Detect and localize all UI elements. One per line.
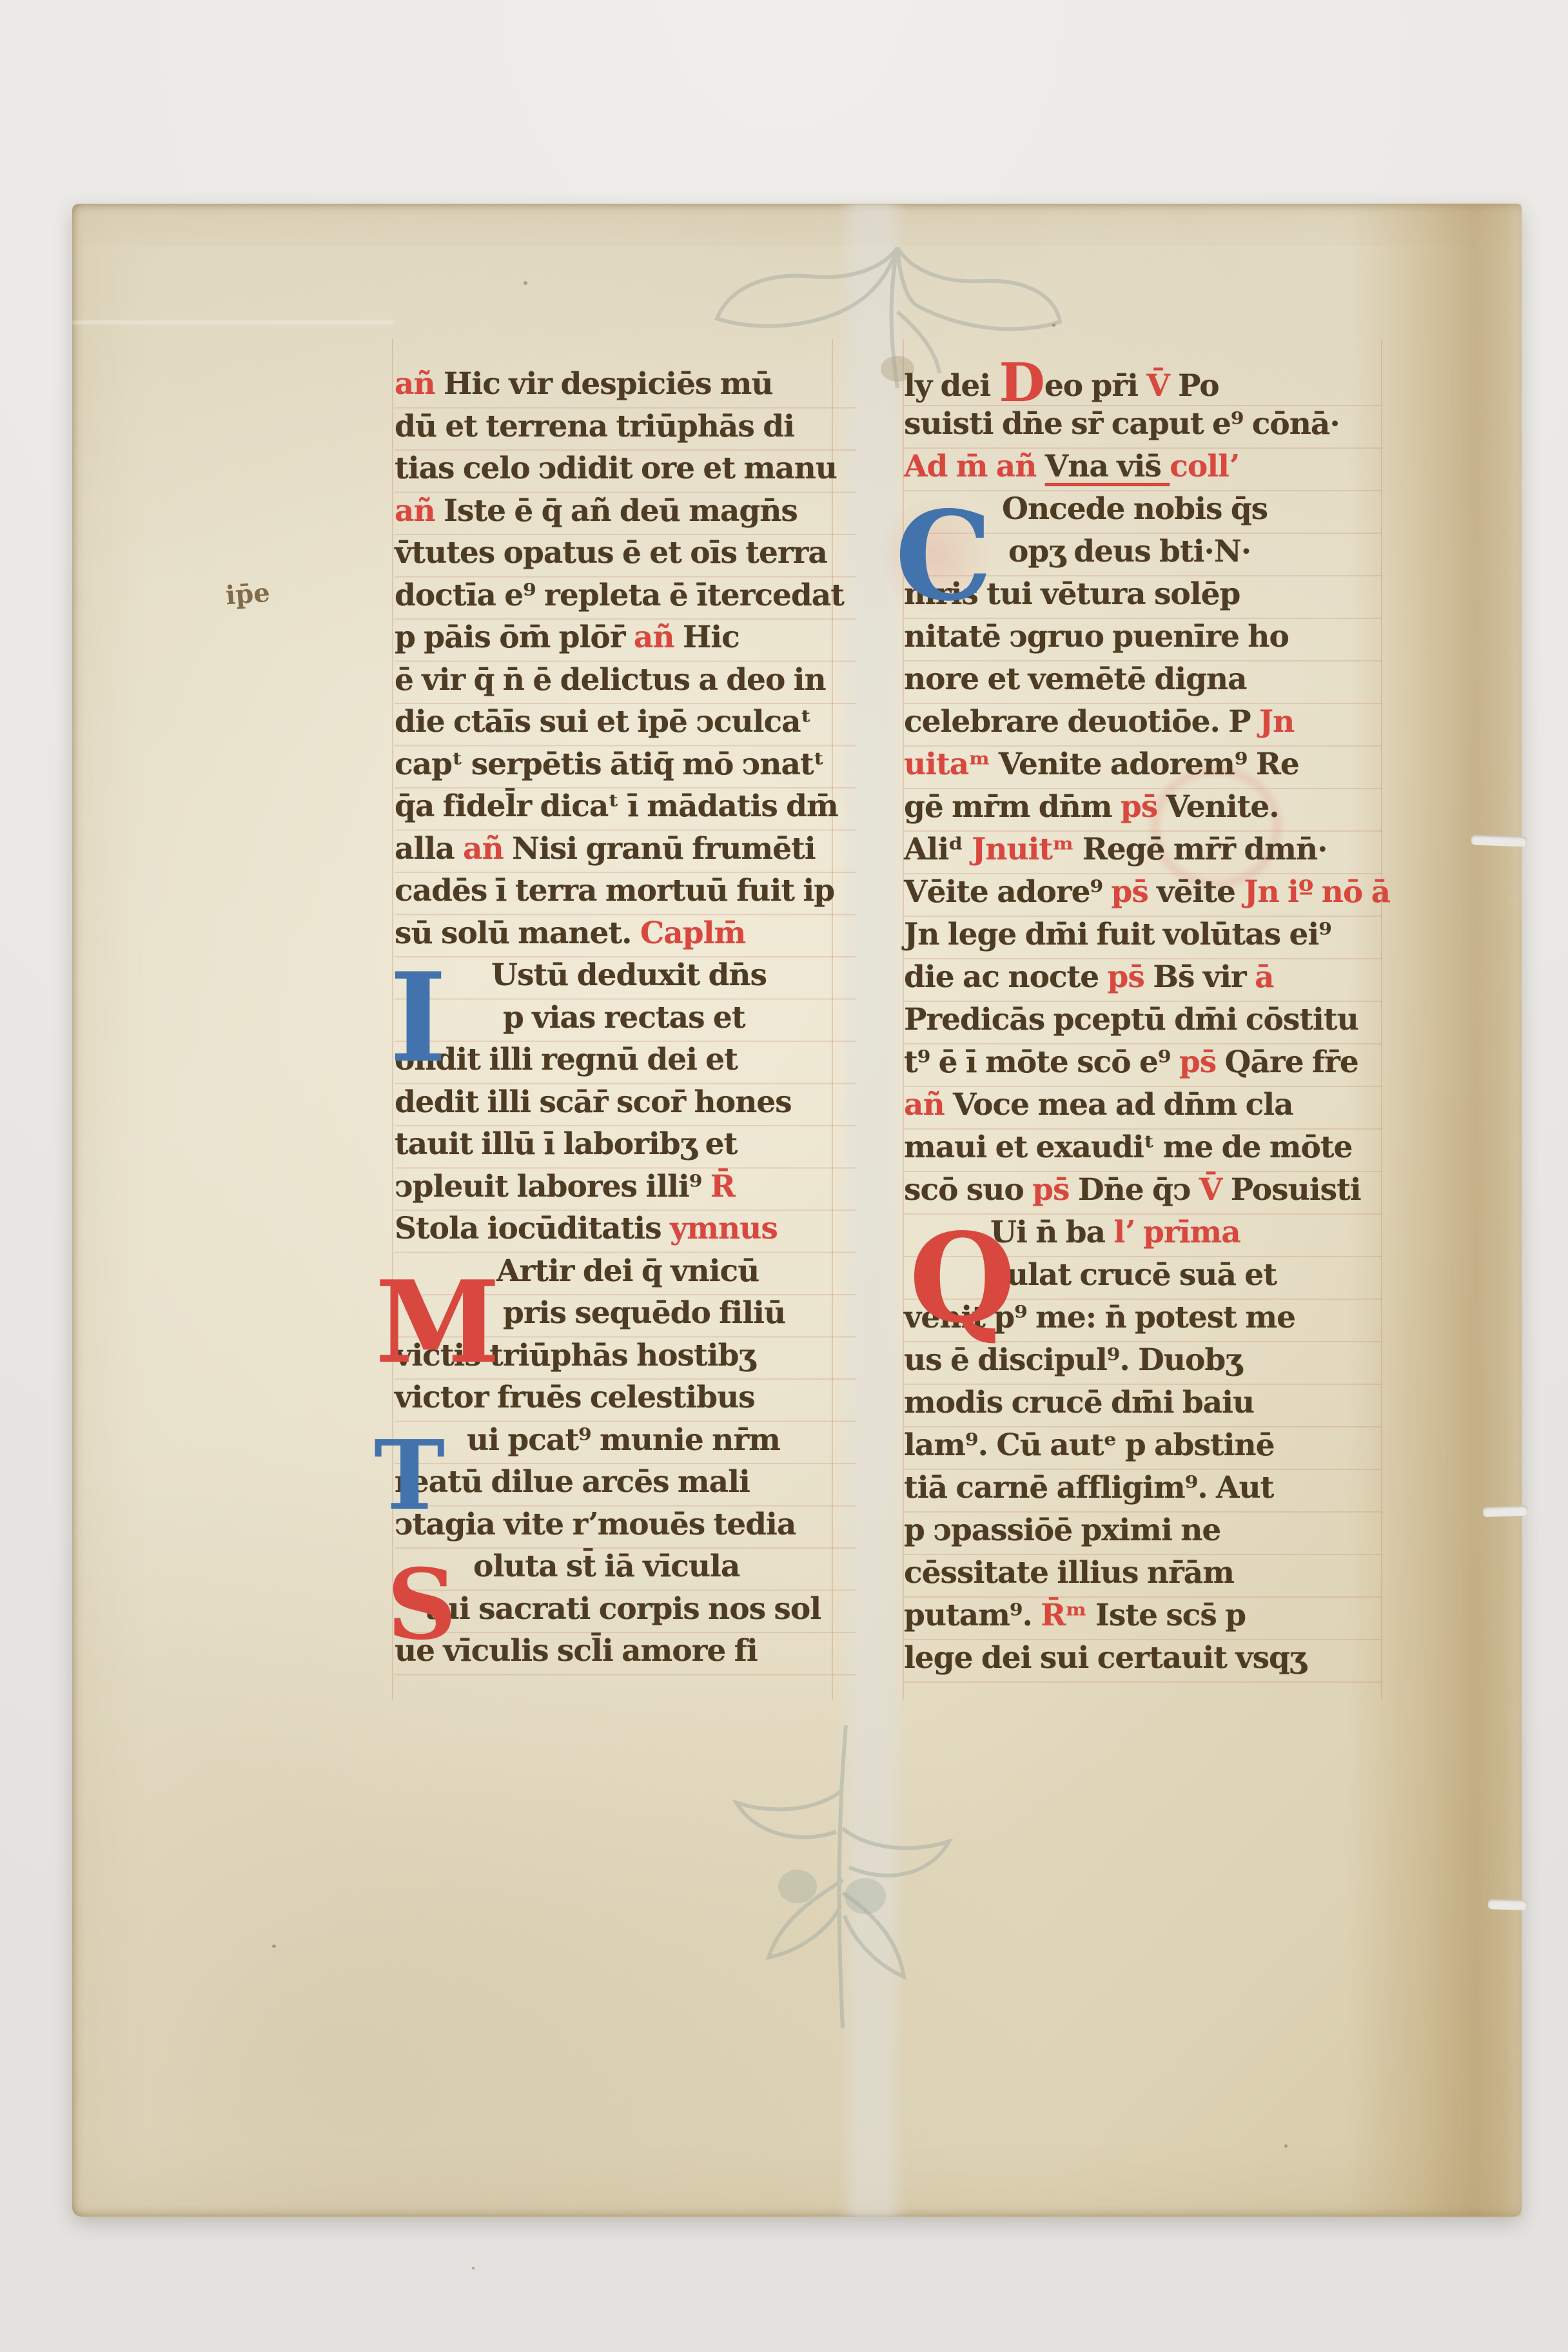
body-text: pris sequēdo filiū — [503, 1295, 785, 1331]
body-text: Ustū deduxit dn̄s — [491, 957, 767, 993]
body-text: vēite — [1157, 874, 1244, 910]
rubric-text: añ — [904, 1087, 953, 1122]
speck — [1052, 324, 1055, 327]
illuminated-initial-M: M — [375, 1266, 500, 1379]
manuscript-leaf: ip̄e añ Hic vir despiciēs mūdū et terren… — [72, 204, 1522, 2217]
text-line: die ctāīs sui et ipē ↄculcaᵗ — [395, 704, 811, 740]
rubric-text: D — [999, 352, 1044, 414]
text-line: Ui n̄ ba lʼ prīma — [990, 1215, 1240, 1250]
body-text: suisti dn̄e sr̄ caput e⁹ cōnā· — [904, 406, 1340, 442]
body-text: modis crucē dm̄i baiu — [904, 1385, 1254, 1420]
body-text: q̄a fidel̄r dicaᵗ ī mādatis dm̄ — [395, 789, 838, 824]
text-line: Predicās pceptū dm̄i cōstitu — [904, 1002, 1358, 1037]
text-line: t⁹ ē ī mōte scō e⁹ ps̄ Qāre fr̄e — [904, 1044, 1358, 1080]
rubric-text: R̄ — [710, 1169, 735, 1204]
text-line: ē vir q̄ n̄ ē delictus a deo in — [395, 662, 826, 698]
speck — [472, 2267, 475, 2269]
text-line: ↄtagia vite rʼmouēs tedia — [395, 1507, 796, 1542]
rubric-text: añ — [395, 493, 444, 529]
body-text: cēssitate illius nr̄ām — [904, 1555, 1234, 1591]
text-column-left: añ Hic vir despiciēs mūdū et terrena tri… — [395, 366, 856, 1682]
rubric-text: R̄ᵐ — [1041, 1598, 1095, 1633]
text-line: v̄tutes opatus ē et oīs terra — [395, 535, 827, 571]
rubric-text: Jn iº nō ā — [1244, 874, 1390, 910]
body-text: gē mr̄m dn̄m — [904, 789, 1121, 825]
body-text: alla — [395, 831, 463, 867]
body-text: Hic — [683, 620, 740, 655]
body-text: ↄpleuit labores illi⁹ — [395, 1169, 710, 1204]
body-text: dū et terrena triūphās di — [395, 409, 794, 444]
body-text: die ctāīs sui et ipē ↄculcaᵗ — [395, 704, 811, 740]
body-text: ē vir q̄ n̄ ē delictus a deo in — [395, 662, 826, 698]
body-text: p ↄpassiōē pximi ne — [904, 1513, 1220, 1548]
text-line: añ Iste ē q̄ añ deū magn̄s — [395, 493, 798, 529]
body-text: p vias rectas et — [503, 1000, 745, 1035]
foliate-ghost-bottom — [672, 1725, 1007, 2035]
text-line: p pāis ōm̄ plōr̄ añ Hic — [395, 620, 740, 655]
text-line: doctīa e⁹ repleta ē ītercedat — [395, 578, 844, 613]
rubric-text: Caplm̄ — [640, 916, 745, 951]
rubric-text: V̄ — [1199, 1172, 1231, 1208]
text-line: modis crucē dm̄i baiu — [904, 1385, 1254, 1420]
body-text: Venite. — [1166, 789, 1279, 825]
rubric-text: ps̄ — [1179, 1044, 1225, 1080]
rubric-text: V̄ — [1146, 368, 1169, 404]
illuminated-initial-T: T — [374, 1427, 445, 1523]
text-line: Stola iocūditatis ymnus — [395, 1211, 778, 1246]
text-line: tiā carnē affligim⁹. Aut — [904, 1470, 1273, 1505]
body-text: doctīa e⁹ repleta ē ītercedat — [395, 578, 844, 613]
body-text: ly dei — [904, 368, 999, 404]
edge-tear — [1483, 1505, 1529, 1517]
body-text: Posuisti — [1231, 1172, 1361, 1208]
body-text: tiā carnē affligim⁹. Aut — [904, 1470, 1273, 1505]
rubric-text: Jnuitᵐ — [972, 832, 1083, 867]
text-line: tui sacrati corpis nos sol — [424, 1591, 821, 1627]
text-line: Ustū deduxit dn̄s — [491, 957, 767, 993]
text-line: scō suo ps̄ Dn̄e q̄ↄ V̄ Posuisti — [904, 1172, 1361, 1208]
body-text: t⁹ ē ī mōte scō e⁹ — [904, 1044, 1179, 1080]
text-line: añ Voce mea ad dn̄m cla — [904, 1087, 1293, 1122]
text-line: dū et terrena triūphās di — [395, 409, 794, 444]
body-text: Predicās pceptū dm̄i cōstitu — [904, 1002, 1358, 1037]
text-line: añ Hic vir despiciēs mū — [395, 366, 773, 402]
speck — [1284, 2144, 1288, 2148]
rubric-text: añ — [463, 831, 512, 867]
edge-tear — [1488, 1899, 1527, 1910]
illuminated-initial-C: C — [895, 495, 992, 618]
text-line: Vēite adore⁹ ps̄ vēite Jn iº nō ā — [904, 874, 1390, 910]
photo-background: ip̄e añ Hic vir despiciēs mūdū et terren… — [0, 0, 1568, 2352]
body-text: tauit illū ī laboribʒ et — [395, 1126, 737, 1162]
text-line: lege dei sui certauit vsqʒ — [904, 1640, 1306, 1676]
body-text: putam⁹. — [904, 1598, 1041, 1633]
body-text: p pāis ōm̄ plōr̄ — [395, 620, 634, 655]
text-line: lam⁹. Cū autᵉ p abstinē — [904, 1427, 1275, 1463]
rubric-text: ymnus — [670, 1211, 778, 1246]
rubric-text: ps̄ — [1111, 874, 1157, 910]
text-line: dedit illi scār̄ scor̄ hones — [395, 1084, 792, 1120]
body-text: Dn̄e q̄ↄ — [1078, 1172, 1199, 1208]
body-text: Aliᵈ — [904, 832, 972, 867]
edge-tear — [1471, 835, 1527, 847]
illuminated-initial-I: I — [389, 957, 447, 1079]
text-line: gē mr̄m dn̄m ps̄ Venite. — [904, 789, 1279, 825]
rubric-text: ps̄ — [1032, 1172, 1078, 1208]
body-text: capᵗ serpētis ātiq̄ mō ↄnatᵗ — [395, 747, 824, 782]
rubric-text: lʼ prīma — [1113, 1215, 1240, 1250]
text-line: iulat crucē suā et — [995, 1257, 1277, 1293]
text-line: maui et exaudiᵗ me de mōte — [904, 1130, 1352, 1165]
body-text: lam⁹. Cū autᵉ p abstinē — [904, 1427, 1275, 1463]
body-text: Qāre fr̄e — [1225, 1044, 1358, 1080]
text-line: tauit illū ī laboribʒ et — [395, 1126, 737, 1162]
rubric-text: ā — [1255, 959, 1273, 995]
body-text: iulat crucē suā et — [995, 1257, 1277, 1293]
text-line: die ac nocte ps̄ Bs̄ vir ā — [904, 959, 1274, 995]
body-text: oluta st̄ iā vīcula — [473, 1549, 740, 1584]
body-text: ui pcat⁹ munie nr̄m — [467, 1422, 780, 1458]
text-line: ly dei Deo pr̄i V̄ Po — [904, 364, 1219, 404]
body-text: maui et exaudiᵗ me de mōte — [904, 1130, 1352, 1165]
body-text: Iste scs̄ p — [1095, 1598, 1246, 1633]
body-text: Voce mea ad dn̄m cla — [953, 1087, 1293, 1122]
text-line: p vias rectas et — [503, 1000, 745, 1035]
body-text: tui sacrati corpis nos sol — [424, 1591, 821, 1627]
body-text: tias celo ↄdidit ore et manu — [395, 451, 837, 486]
body-text: Vna vis̄ — [1045, 449, 1170, 484]
rubric-text: Jn — [1259, 704, 1294, 740]
text-line: uitaᵐ Venite adorem⁹ Re — [904, 747, 1299, 782]
body-text: ↄtagia vite rʼmouēs tedia — [395, 1507, 796, 1542]
text-line: tias celo ↄdidit ore et manu — [395, 451, 837, 486]
body-text: Bs̄ vir — [1153, 959, 1255, 995]
body-text: Iste ē q̄ añ deū magn̄s — [444, 493, 798, 529]
rubric-text: añ — [634, 620, 683, 655]
rubric-text: ps̄ — [1108, 959, 1153, 995]
rubric-text: Ad m̄ añ — [904, 449, 1045, 484]
text-line: ↄpleuit labores illi⁹ R̄ — [395, 1169, 735, 1204]
body-text: Hic vir despiciēs mū — [444, 366, 773, 402]
body-text: scō suo — [904, 1172, 1032, 1208]
text-line: reatū dilue arcēs mali — [395, 1464, 750, 1500]
text-line: Jn lege dm̄i fuit volūtas ei⁹ — [904, 917, 1331, 952]
body-text: dedit illi scār̄ scor̄ hones — [395, 1084, 792, 1120]
rubric-text: collʼ — [1170, 449, 1239, 484]
fold-crease — [72, 321, 395, 324]
body-text: Venite adorem⁹ Re — [999, 747, 1299, 782]
body-text: opʒ deus bti·N· — [1008, 534, 1251, 569]
body-text: reatū dilue arcēs mali — [395, 1464, 750, 1500]
margin-gloss: ip̄e — [224, 578, 271, 611]
body-text: Po — [1170, 368, 1219, 404]
text-line: oluta st̄ iā vīcula — [473, 1549, 740, 1584]
text-line: cēssitate illius nr̄ām — [904, 1555, 1234, 1591]
text-line: Artir dei q̄ vnicū — [496, 1253, 759, 1289]
text-line: q̄a fidel̄r dicaᵗ ī mādatis dm̄ — [395, 789, 838, 824]
body-text: Vēite adore⁹ — [904, 874, 1111, 910]
body-text: die ac nocte — [904, 959, 1108, 995]
text-line: opʒ deus bti·N· — [1008, 534, 1251, 569]
illuminated-initial-Q: Q — [909, 1217, 1016, 1340]
rubric-text: ps̄ — [1121, 789, 1166, 825]
text-line: capᵗ serpētis ātiq̄ mō ↄnatᵗ — [395, 747, 824, 782]
text-line: sū solū manet. Caplm̄ — [395, 916, 745, 951]
text-line: nore et vemētē digna — [904, 661, 1247, 697]
body-text: Artir dei q̄ vnicū — [496, 1253, 759, 1289]
text-line: pris sequēdo filiū — [503, 1295, 785, 1331]
text-line: alla añ Nisi granū frumēti — [395, 831, 816, 867]
body-text: Stola iocūditatis — [395, 1211, 670, 1246]
text-line: suisti dn̄e sr̄ caput e⁹ cōnā· — [904, 406, 1340, 442]
body-text: lege dei sui certauit vsqʒ — [904, 1640, 1306, 1676]
body-text: v̄tutes opatus ē et oīs terra — [395, 535, 827, 571]
text-line: Oncede nobis q̄s — [1002, 491, 1268, 527]
text-line: ui pcat⁹ munie nr̄m — [467, 1422, 780, 1458]
text-line: Aliᵈ Jnuitᵐ Regē mr̄r̄ dmn̄· — [904, 832, 1328, 867]
speck — [524, 281, 527, 285]
body-text: Oncede nobis q̄s — [1002, 491, 1268, 527]
body-text: celebrare deuotiōe. P — [904, 704, 1259, 740]
speck — [272, 1945, 276, 1948]
body-text: Regē mr̄r̄ dmn̄· — [1083, 832, 1328, 867]
rubric-text: añ — [395, 366, 444, 402]
body-text: Nisi granū frumēti — [512, 831, 816, 867]
illuminated-initial-S: S — [387, 1556, 456, 1653]
text-line: celebrare deuotiōe. P Jn — [904, 704, 1294, 740]
rubric-text: uitaᵐ — [904, 747, 999, 782]
text-line: cadēs ī terra mortuū fuit ip — [395, 873, 834, 908]
body-text: Jn lege dm̄i fuit volūtas ei⁹ — [904, 917, 1331, 952]
text-line: putam⁹. R̄ᵐ Iste scs̄ p — [904, 1598, 1246, 1633]
body-text: nore et vemētē digna — [904, 661, 1247, 697]
body-text: cadēs ī terra mortuū fuit ip — [395, 873, 834, 908]
body-text: eo pr̄i — [1044, 368, 1146, 404]
text-line: Ad m̄ añ Vna vis̄ collʼ — [904, 449, 1239, 484]
text-line: p ↄpassiōē pximi ne — [904, 1513, 1220, 1548]
